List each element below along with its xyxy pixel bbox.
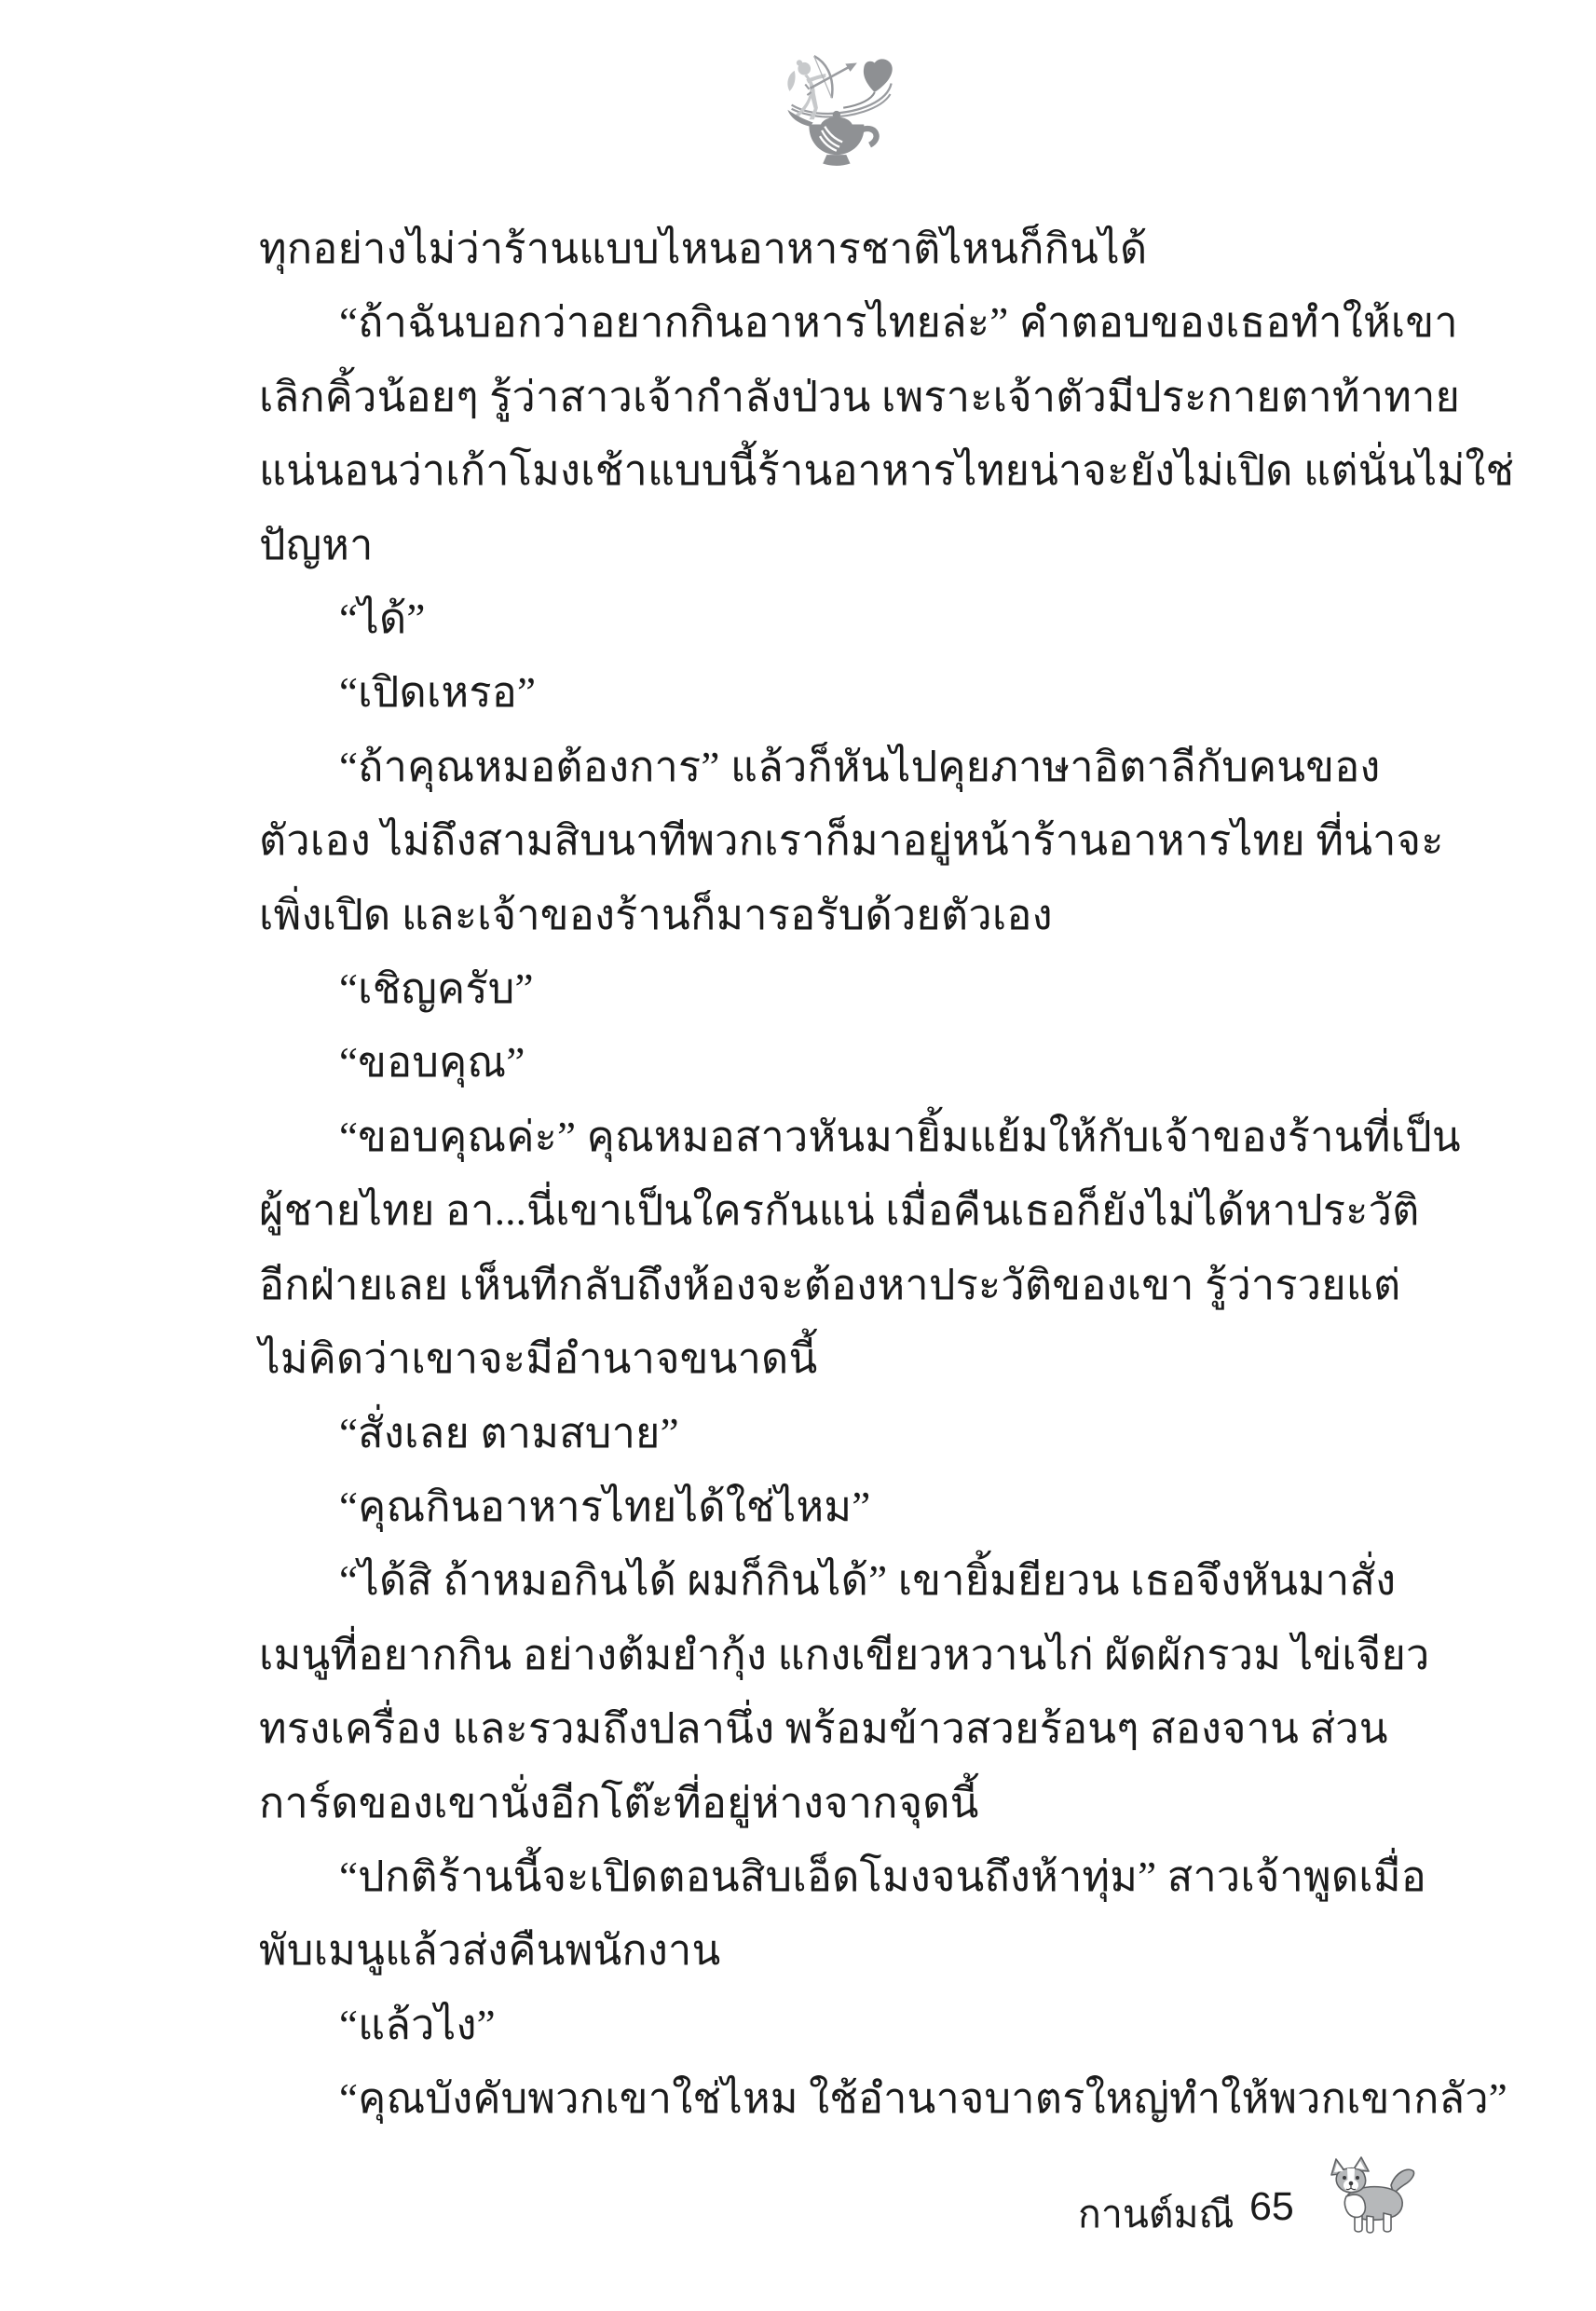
text-line: เมนูที่อยากกิน อย่างต้มยำกุ้ง แกงเขียวหว… [259, 1619, 1457, 1692]
text-line: ตัวเอง ไม่ถึงสามสิบนาทีพวกเราก็มาอยู่หน้… [259, 804, 1457, 878]
text-line: พับเมนูแล้วส่งคืนพนักงาน [259, 1914, 1457, 1988]
text-line: ผู้ชายไทย อา...นี่เขาเป็นใครกันแน่ เมื่อ… [259, 1174, 1457, 1248]
text-line: ทรงเครื่อง และรวมถึงปลานึ่ง พร้อมข้าวสวย… [259, 1692, 1457, 1766]
cupid-heart-lamp-icon [781, 54, 898, 173]
text-line: “สั่งเลย ตามสบาย” [259, 1397, 1457, 1470]
text-line: “เปิดเหรอ” [259, 656, 1457, 730]
text-line: ปัญหา [259, 509, 1457, 582]
footer-mascot [1322, 2156, 1415, 2244]
text-line: อีกฝ่ายเลย เห็นทีกลับถึงห้องจะต้องหาประว… [259, 1249, 1457, 1322]
footer-page-number: 65 [1249, 2184, 1294, 2230]
text-line: “แล้วไง” [259, 1989, 1457, 2062]
body-text: ทุกอย่างไม่ว่าร้านแบบไหนอาหารชาติไหนก็กิ… [259, 212, 1457, 2137]
text-line: ทุกอย่างไม่ว่าร้านแบบไหนอาหารชาติไหนก็กิ… [259, 212, 1457, 286]
text-line: “เชิญครับ” [259, 952, 1457, 1026]
text-line: “ได้สิ ถ้าหมอกินได้ ผมก็กินได้” เขายิ้มย… [259, 1544, 1457, 1618]
chapter-ornament [781, 54, 898, 173]
text-line: “ถ้าฉันบอกว่าอยากกินอาหารไทยล่ะ” คำตอบขอ… [259, 286, 1457, 360]
text-line: “คุณกินอาหารไทยได้ใช่ไหม” [259, 1470, 1457, 1544]
text-line: “ได้” [259, 582, 1457, 656]
book-page: { "page": { "ornament": { "icon": "cupid… [0, 0, 1596, 2311]
text-line: “ขอบคุณค่ะ” คุณหมอสาวหันมายิ้มแย้มให้กับ… [259, 1101, 1457, 1174]
text-line: “ปกติร้านนี้จะเปิดตอนสิบเอ็ดโมงจนถึงห้าท… [259, 1840, 1457, 1914]
text-line: แน่นอนว่าเก้าโมงเช้าแบบนี้ร้านอาหารไทยน่… [259, 434, 1457, 508]
text-line: ไม่คิดว่าเขาจะมีอำนาจขนาดนี้ [259, 1322, 1457, 1396]
text-line: เพิ่งเปิด และเจ้าของร้านก็มารอรับด้วยตัว… [259, 879, 1457, 952]
footer-book-title: กานต์มณี [1078, 2184, 1235, 2245]
text-line: “ขอบคุณ” [259, 1026, 1457, 1100]
text-line: การ์ดของเขานั่งอีกโต๊ะที่อยู่ห่างจากจุดน… [259, 1767, 1457, 1840]
text-line: “คุณบังคับพวกเขาใช่ไหม ใช้อำนาจบาตรใหญ่ท… [259, 2062, 1457, 2136]
text-line: เลิกคิ้วน้อยๆ รู้ว่าสาวเจ้ากำลังป่วน เพร… [259, 361, 1457, 434]
corgi-dog-icon [1322, 2156, 1415, 2244]
text-line: “ถ้าคุณหมอต้องการ” แล้วก็หันไปคุยภาษาอิต… [259, 731, 1457, 804]
